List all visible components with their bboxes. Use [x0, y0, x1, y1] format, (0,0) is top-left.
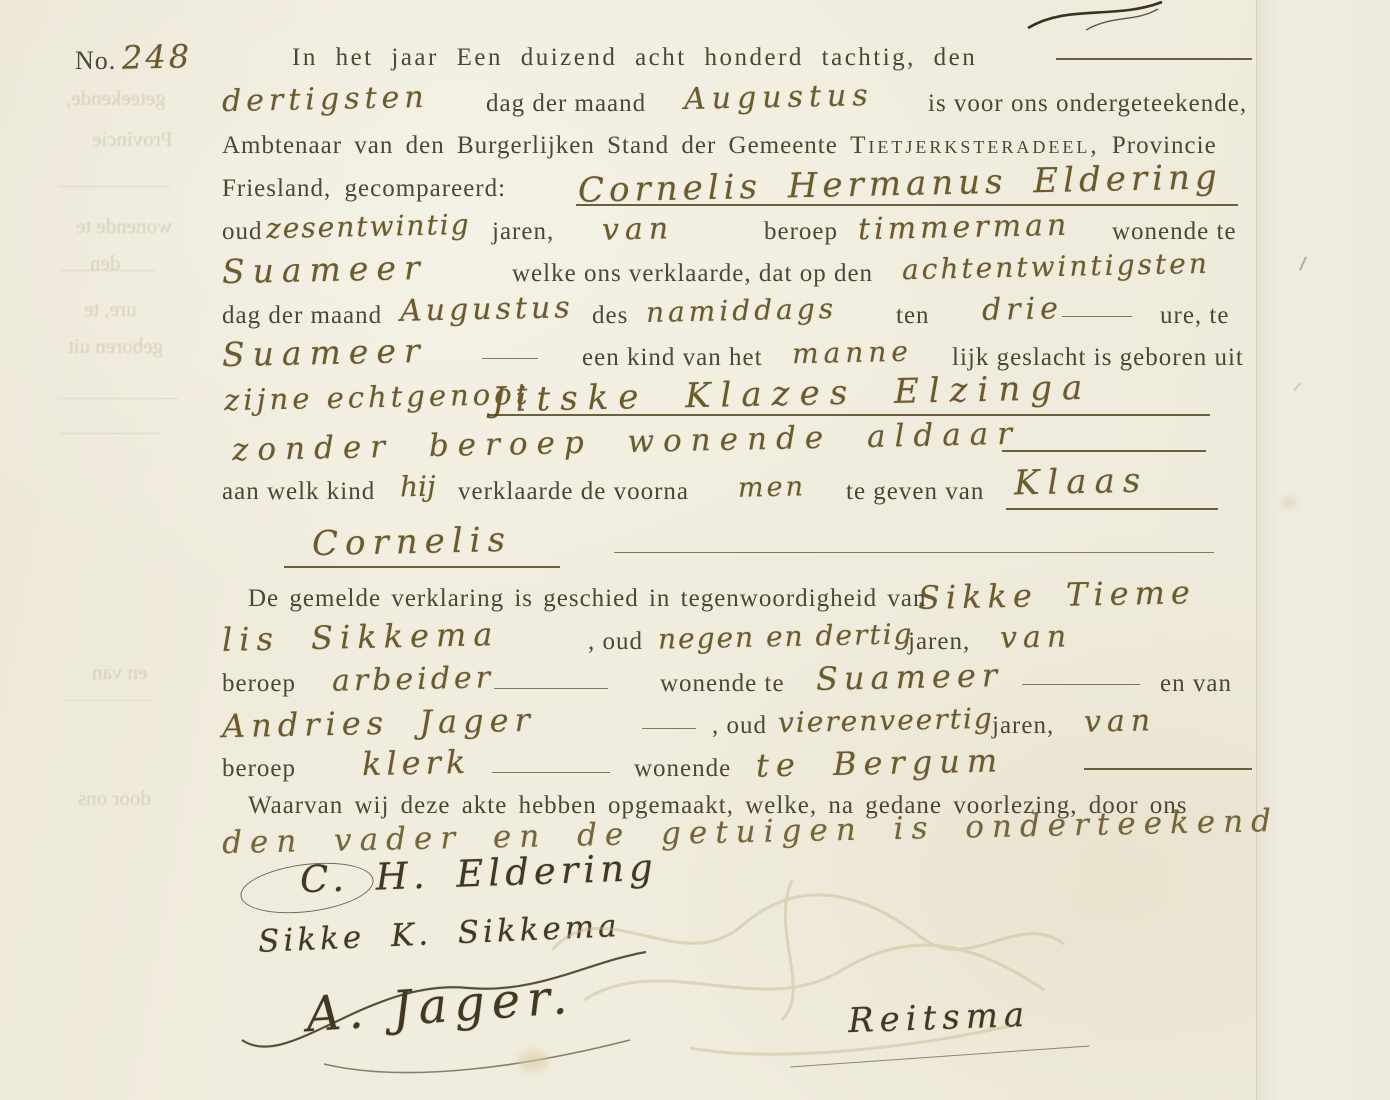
printed-ten: ten [896, 302, 930, 330]
printed-oud: oud [222, 218, 263, 246]
printed-wonende1: wonende te [660, 670, 785, 698]
hw-van2: van [1084, 703, 1157, 740]
printed-registrar-intro: is voor ons ondergeteekende, [928, 90, 1247, 118]
printed-witness-intro: De gemelde verklaring is geschied in teg… [248, 585, 927, 613]
printed-kind: een kind van het [582, 344, 763, 372]
hw-witness2-age: vierenveertig [778, 702, 994, 740]
hw-day: dertigsten [222, 80, 429, 119]
printed-aan-welk-kind: aan welk kind [222, 478, 375, 506]
hw-van1: van [1000, 619, 1073, 656]
filler-rule [482, 358, 538, 359]
printed-geslacht: lijk geslacht is geboren uit [952, 344, 1244, 372]
hw-daypart: namiddags [646, 292, 838, 329]
bleedthrough-rule [60, 270, 155, 271]
filler-rule [492, 772, 610, 773]
hw-birth-day: achtentwintigsten [902, 247, 1210, 286]
hw-men: men [738, 471, 807, 503]
name-underline [488, 414, 1210, 416]
hw-child-name2: Cornelis [312, 520, 513, 564]
printed-jaren: jaren, [492, 218, 554, 246]
printed-ure-te: ure, te [1160, 302, 1229, 330]
municipality-name: Tietjerksteradeel, [850, 132, 1100, 159]
hw-witness1-occupation: arbeider [332, 660, 495, 698]
printed-wonende2: wonende [634, 755, 731, 783]
filler-rule [1022, 684, 1140, 685]
printed-oud2: , oud [712, 712, 767, 740]
printed-wonende-te: wonende te [1112, 218, 1237, 246]
bleedthrough-text: wonende te [76, 214, 172, 239]
document-page: geteekende, Provincie wonende te den ure… [0, 0, 1390, 1100]
printed-month-label2: dag der maand [222, 302, 382, 330]
filler-rule [1062, 316, 1132, 317]
filler-rule [494, 688, 608, 689]
filler-rule [614, 552, 1214, 553]
hw-witness1-residence: Suameer [816, 656, 1004, 698]
act-number: 248 [122, 37, 193, 76]
bleedthrough-rule [62, 700, 152, 701]
printed-beroep2: beroep [222, 755, 296, 783]
bleedthrough-rule [60, 433, 160, 434]
filler-rule [642, 728, 696, 729]
printed-voorna: verklaarde de voorna [458, 478, 689, 506]
printed-te-geven-van: te geven van [846, 478, 984, 506]
bleedthrough-rule [58, 398, 178, 399]
hw-echtgenoot: zijne echtgenoot [224, 377, 532, 417]
bleedthrough-text: den [90, 251, 120, 276]
bleedthrough-text: geboren uit [68, 334, 163, 359]
hw-birth-place: Suameer [222, 331, 428, 374]
printed-jaren2: jaren, [992, 712, 1054, 740]
pen-flourish [1020, 0, 1170, 32]
hw-mother-occupation: zonder beroep wonende aldaar [232, 416, 1022, 469]
hw-birth-month: Augustus [400, 290, 574, 329]
filler-rule [1056, 58, 1252, 60]
printed-province-label: Provincie [1112, 132, 1217, 159]
hw-witness1-age: negen en dertig [658, 617, 914, 655]
bleedthrough-text: en van [92, 660, 147, 685]
hw-witness2-name: Andries Jager [222, 701, 537, 746]
hw-witness2-residence: te Bergum [756, 741, 1005, 784]
name-underline [576, 204, 1238, 206]
act-number-label: No. [75, 46, 116, 76]
hw-witness1-name-part2: lis Sikkema [222, 615, 500, 659]
hw-birth-hour: drie [982, 291, 1064, 328]
name-underline [1006, 508, 1218, 510]
hw-declarant-residence: Suameer [222, 248, 428, 291]
paper-stain [518, 1050, 548, 1072]
bleedthrough-text: Provincie [92, 127, 172, 152]
bleedthrough-ink [540, 868, 1100, 1068]
printed-month-label: dag der maand [486, 90, 646, 118]
hw-witness1-name-part1: Sikke Tieme [918, 573, 1197, 617]
bleedthrough-text: geteekende, [66, 86, 166, 111]
page-edge [1256, 0, 1390, 1100]
printed-jaren1: jaren, [908, 628, 970, 656]
hw-hij: hij [400, 470, 436, 504]
printed-des: des [592, 302, 628, 330]
printed-beroep1: beroep [222, 670, 296, 698]
hw-declarant-name: Cornelis Hermanus Eldering [578, 157, 1222, 210]
printed-verklaarde: welke ons verklaarde, dat op den [512, 260, 873, 288]
filler-rule [1084, 768, 1252, 770]
printed-official-line: Ambtenaar van den Burgerlijken Stand der… [222, 132, 838, 159]
bleedthrough-rule [58, 186, 170, 187]
hw-month: Augustus [684, 78, 874, 117]
filler-rule [1002, 450, 1206, 452]
hw-mother-name: Jitske Klazes Elzinga [492, 368, 1093, 421]
hw-declarant-age: zesentwintig [266, 208, 471, 245]
hw-gender: manne [792, 335, 914, 371]
printed-oud1: , oud [588, 628, 643, 656]
hw-child-name1: Klaas [1014, 461, 1149, 504]
hw-declarant-occupation: timmerman [858, 208, 1071, 247]
paper-stain [1282, 498, 1296, 508]
printed-friesland: Friesland, gecompareerd: [222, 175, 506, 203]
bleedthrough-text: door ons [78, 786, 151, 811]
printed-en-van: en van [1160, 670, 1232, 698]
hw-witness2-occupation: klerk [362, 743, 471, 783]
name-underline [284, 566, 560, 568]
printed-year-line: In het jaar Een duizend acht honderd tac… [292, 44, 977, 72]
hw-van: van [602, 211, 675, 248]
bleedthrough-text: ure, te [84, 297, 136, 322]
printed-beroep: beroep [764, 218, 838, 246]
